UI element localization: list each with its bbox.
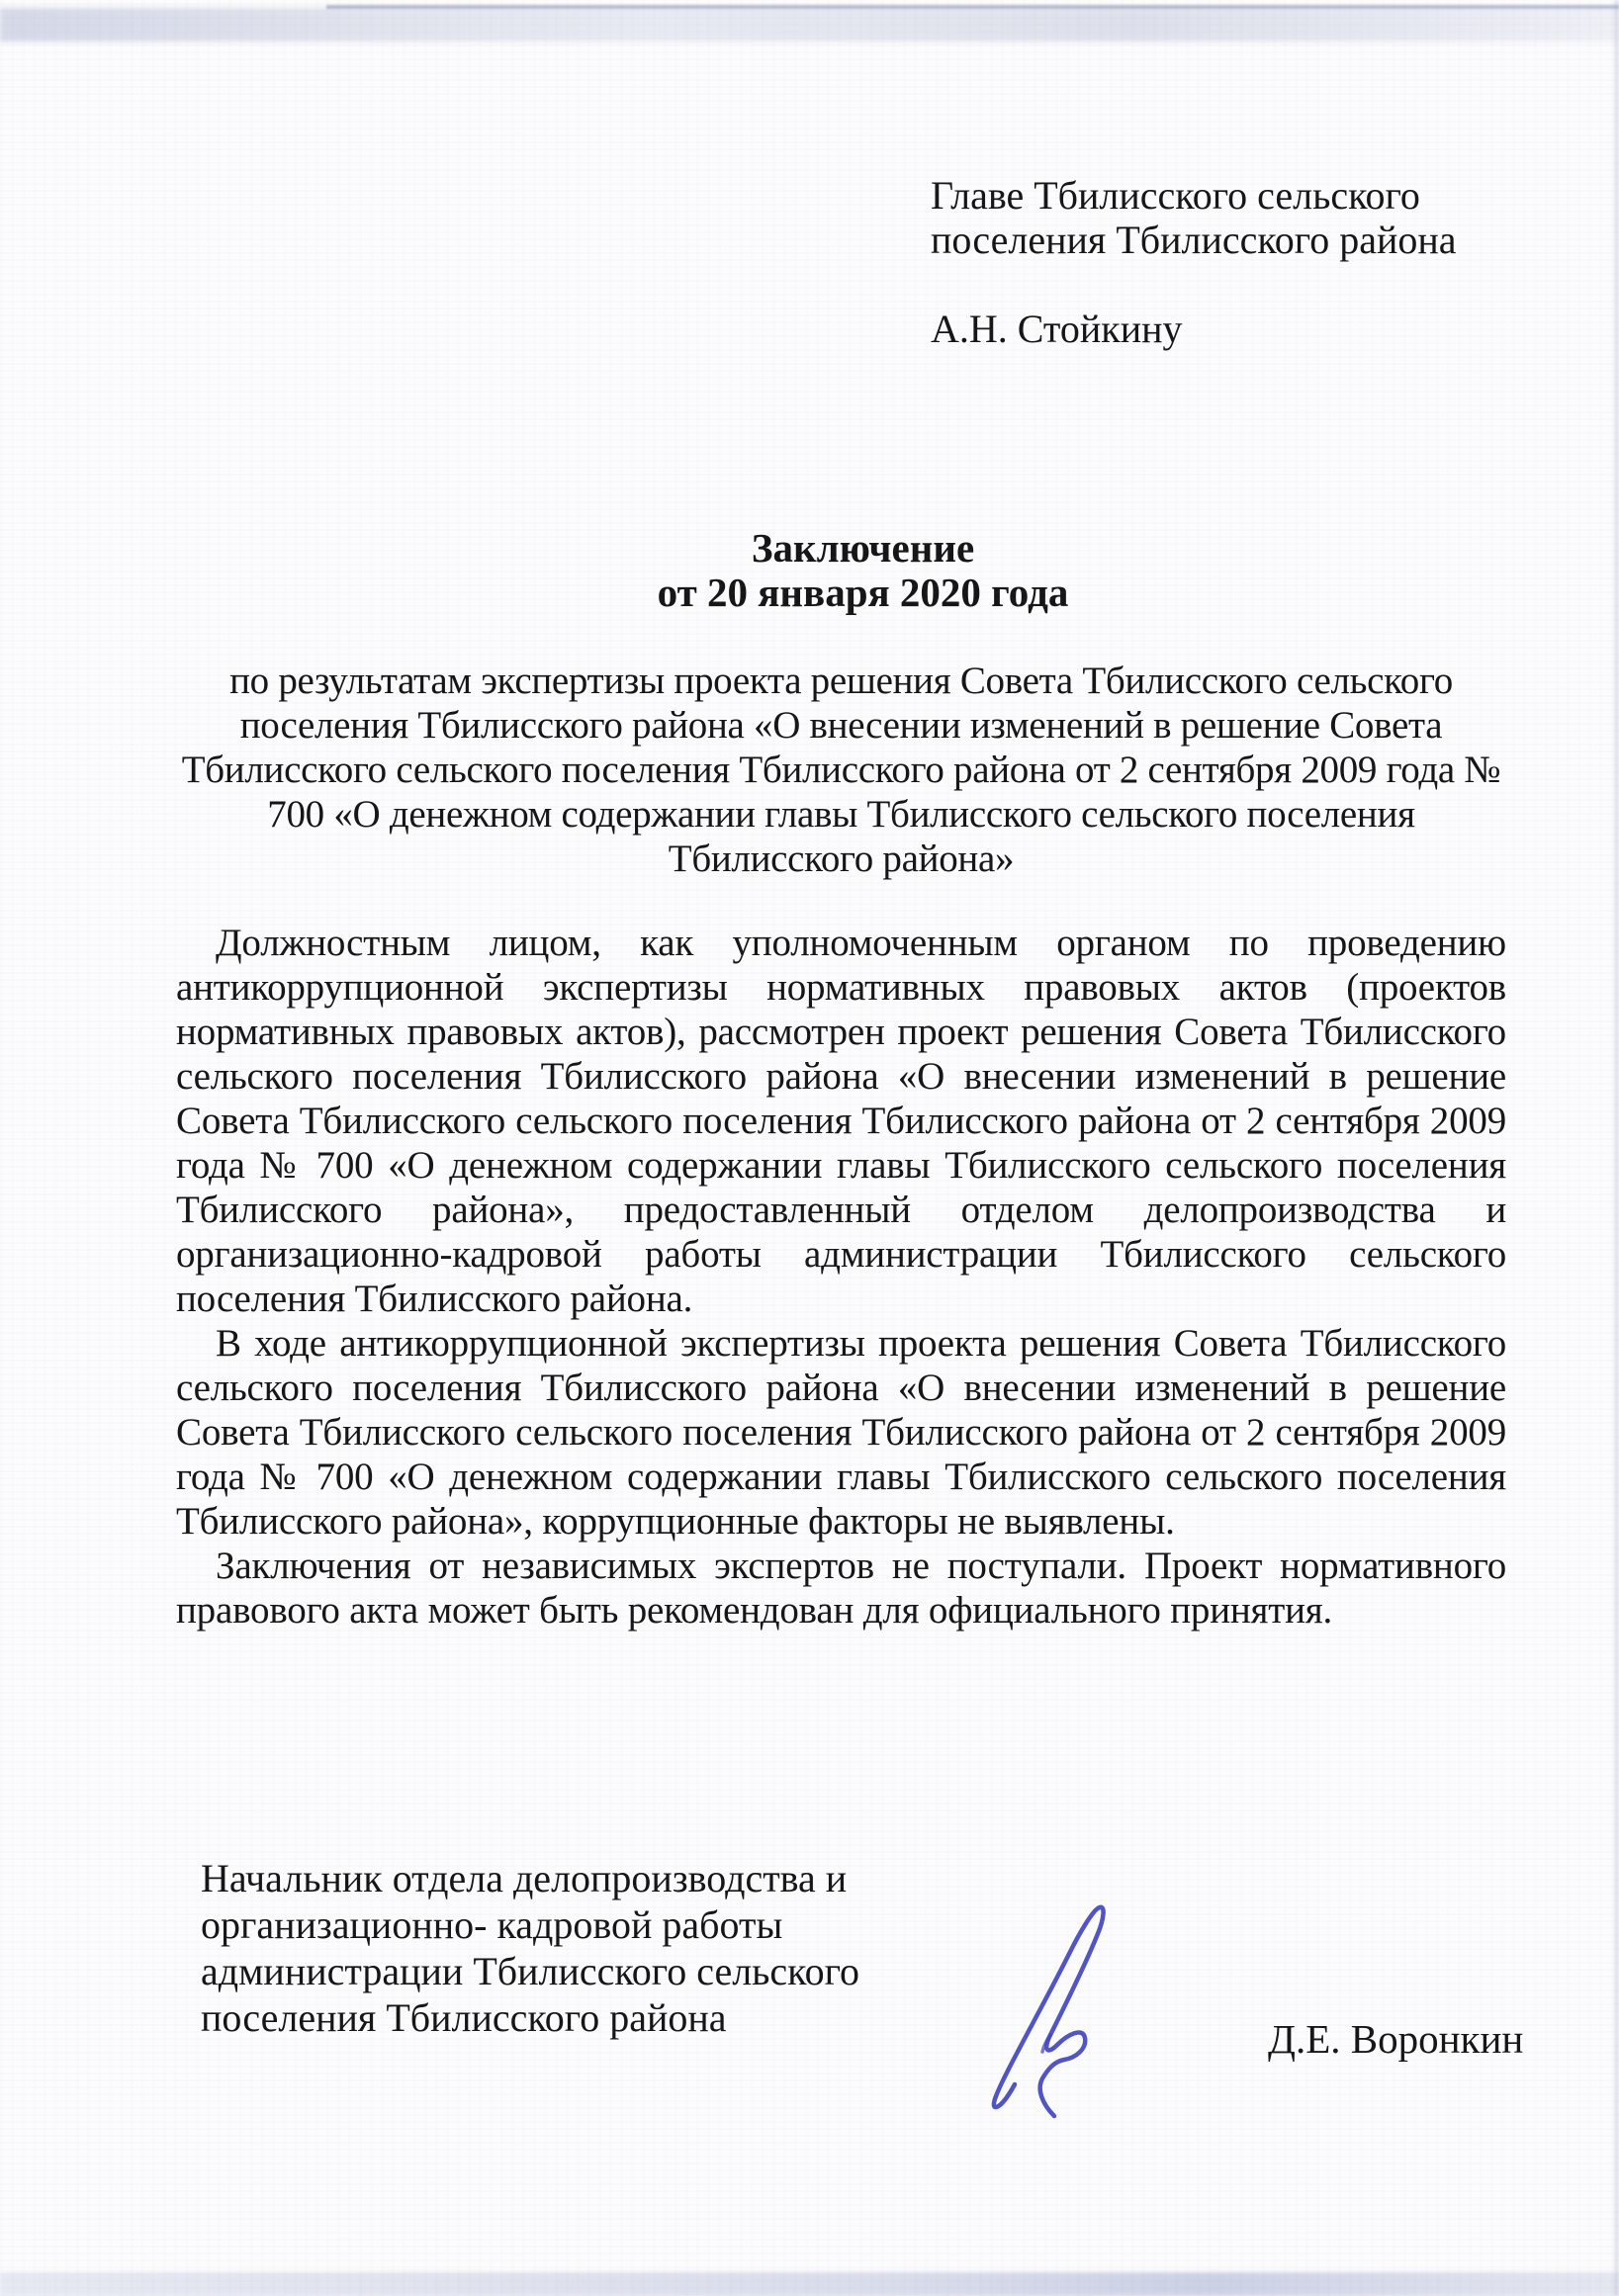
document-title-block: Заключение от 20 января 2020 года bbox=[198, 526, 1528, 615]
signatory-position-line-3: администрации Тбилисского сельского bbox=[201, 1948, 893, 1994]
signatory-position-block: Начальник отдела делопроизводства и орга… bbox=[201, 1855, 893, 2041]
recipient-line-1: Главе Тбилисского сельского bbox=[931, 173, 1484, 218]
recipient-line-2: поселения Тбилисского района bbox=[931, 218, 1484, 262]
document-body: Должностным лицом, как уполномоченным ор… bbox=[176, 921, 1506, 1633]
document-page: Главе Тбилисского сельского поселения Тб… bbox=[0, 0, 1619, 2296]
document-date: от 20 января 2020 года bbox=[198, 571, 1528, 615]
scan-artifact-top-line bbox=[326, 5, 1619, 9]
recipient-name: А.Н. Стойкину bbox=[931, 307, 1484, 351]
document-subject: по результатам экспертизы проекта решени… bbox=[176, 659, 1506, 881]
signatory-position-line-2: организационно- кадровой работы bbox=[201, 1901, 893, 1948]
signatory-name: Д.Е. Воронкин bbox=[1268, 2017, 1523, 2062]
body-paragraph-2: В ходе антикоррупционной экспертизы прое… bbox=[176, 1321, 1506, 1544]
body-paragraph-1: Должностным лицом, как уполномоченным ор… bbox=[176, 921, 1506, 1321]
scan-artifact-right-edge bbox=[1614, 0, 1619, 2296]
signature-ink bbox=[987, 1891, 1165, 2123]
signatory-position-line-4: поселения Тбилисского района bbox=[201, 1994, 893, 2041]
scan-artifact-bottom-band bbox=[0, 2272, 1619, 2296]
document-title: Заключение bbox=[198, 526, 1528, 571]
scan-artifact-top-band bbox=[0, 8, 1619, 42]
signatory-position-line-1: Начальник отдела делопроизводства и bbox=[201, 1855, 893, 1901]
body-paragraph-3: Заключения от независимых экспертов не п… bbox=[176, 1544, 1506, 1633]
recipient-block: Главе Тбилисского сельского поселения Тб… bbox=[931, 173, 1484, 351]
